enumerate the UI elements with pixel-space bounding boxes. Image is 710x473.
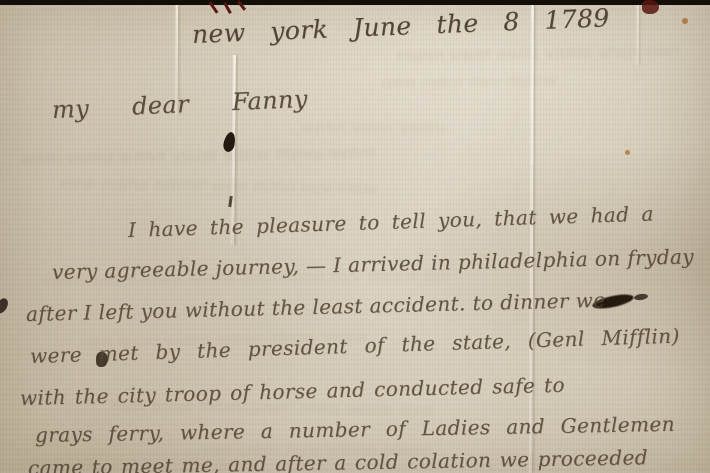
ghost-writing: wen mmo nuv menw [380,70,558,93]
letter-body-line: were met by the president of the state, … [30,324,680,368]
letter-body-line: grays ferry, where a number of Ladies an… [35,412,675,447]
fold-crease [637,5,639,65]
letter-body-line: with the city troop of horse and conduct… [20,373,565,410]
rust-speck [625,150,630,155]
letter-photograph: nuw mew mnnv unen mwa neum wen mmo nuv m… [0,0,710,473]
ghost-writing: new mune nmmr wen mmo nuv emw [60,173,378,199]
letter-body-line: came to meet me, and after a cold colati… [28,445,648,473]
letter-body-line: after I left you without the least accid… [26,288,586,326]
letter-salutation: my dear Fanny [51,85,308,125]
fold-crease [530,5,534,473]
letter-dateline: new york June the 8 1789 [191,3,610,50]
edge-ink-mark [0,297,11,316]
letter-body-line: very agreeable journey, — I arrived in p… [52,245,682,284]
rust-speck [682,18,688,24]
ghost-writing: mnve uenm wnne muev nenw umev mnw [20,143,376,169]
ghost-writing: umev mnw nenw [300,118,446,138]
ink-smudge [634,293,649,301]
letter-body-line: I have the pleasure to tell you, that we… [128,201,654,242]
ink-tick [228,196,232,207]
ink-blot [222,131,237,153]
